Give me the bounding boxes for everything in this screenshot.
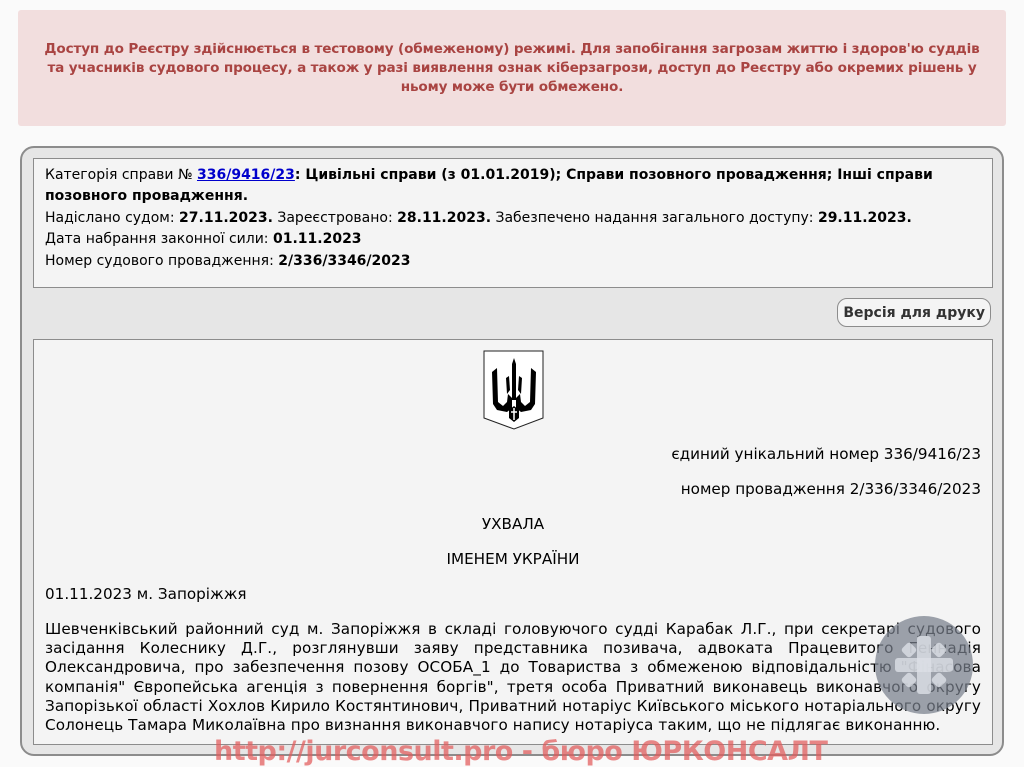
proceeding-number: номер провадження 2/336/3346/2023 [45, 479, 981, 499]
watermark-text: http://jurconsult.pro - бюро ЮРКОНСАЛТ [214, 734, 827, 767]
proceeding-number-line: Номер судового провадження: 2/336/3346/2… [45, 251, 981, 272]
case-category-label: Категорія справи № [45, 167, 197, 183]
public-access-label: Забезпечено надання загального доступу: [491, 210, 818, 226]
print-version-button[interactable]: Версія для друку [837, 298, 991, 327]
decision-title: УХВАЛА [45, 514, 981, 534]
access-warning-text: Доступ до Реєстру здійснюється в тестово… [34, 40, 990, 97]
case-number-link[interactable]: 336/9416/23 [197, 167, 295, 183]
decision-subtitle: ІМЕНЕМ УКРАЇНИ [45, 549, 981, 569]
effective-date-label: Дата набрання законної сили: [45, 231, 273, 247]
registered-value: 28.11.2023. [397, 210, 491, 226]
public-access-value: 29.11.2023. [818, 210, 912, 226]
decision-container: Категорія справи № 336/9416/23: Цивільні… [20, 146, 1004, 756]
ukraine-coat-of-arms-icon [483, 350, 545, 430]
decision-body-text: Шевченківський районний суд м. Запоріжжя… [45, 620, 981, 735]
access-warning-alert: Доступ до Реєстру здійснюється в тестово… [18, 10, 1006, 126]
case-category-line: Категорія справи № 336/9416/23: Цивільні… [45, 165, 981, 208]
unique-number: єдиний унікальний номер 336/9416/23 [45, 444, 981, 464]
proceeding-number-value: 2/336/3346/2023 [278, 253, 410, 269]
registered-label: Зареєстровано: [273, 210, 397, 226]
sent-value: 27.11.2023. [179, 210, 273, 226]
date-place: 01.11.2023 м. Запоріжжя [45, 584, 981, 604]
proceeding-number-label: Номер судового провадження: [45, 253, 278, 269]
case-info-panel: Категорія справи № 336/9416/23: Цивільні… [33, 158, 993, 288]
effective-date-line: Дата набрання законної сили: 01.11.2023 [45, 229, 981, 250]
sent-label: Надіслано судом: [45, 210, 179, 226]
effective-date-value: 01.11.2023 [273, 231, 362, 247]
decision-document: єдиний унікальний номер 336/9416/23 номе… [33, 339, 993, 745]
case-dates-line: Надіслано судом: 27.11.2023. Зареєстрова… [45, 208, 981, 229]
